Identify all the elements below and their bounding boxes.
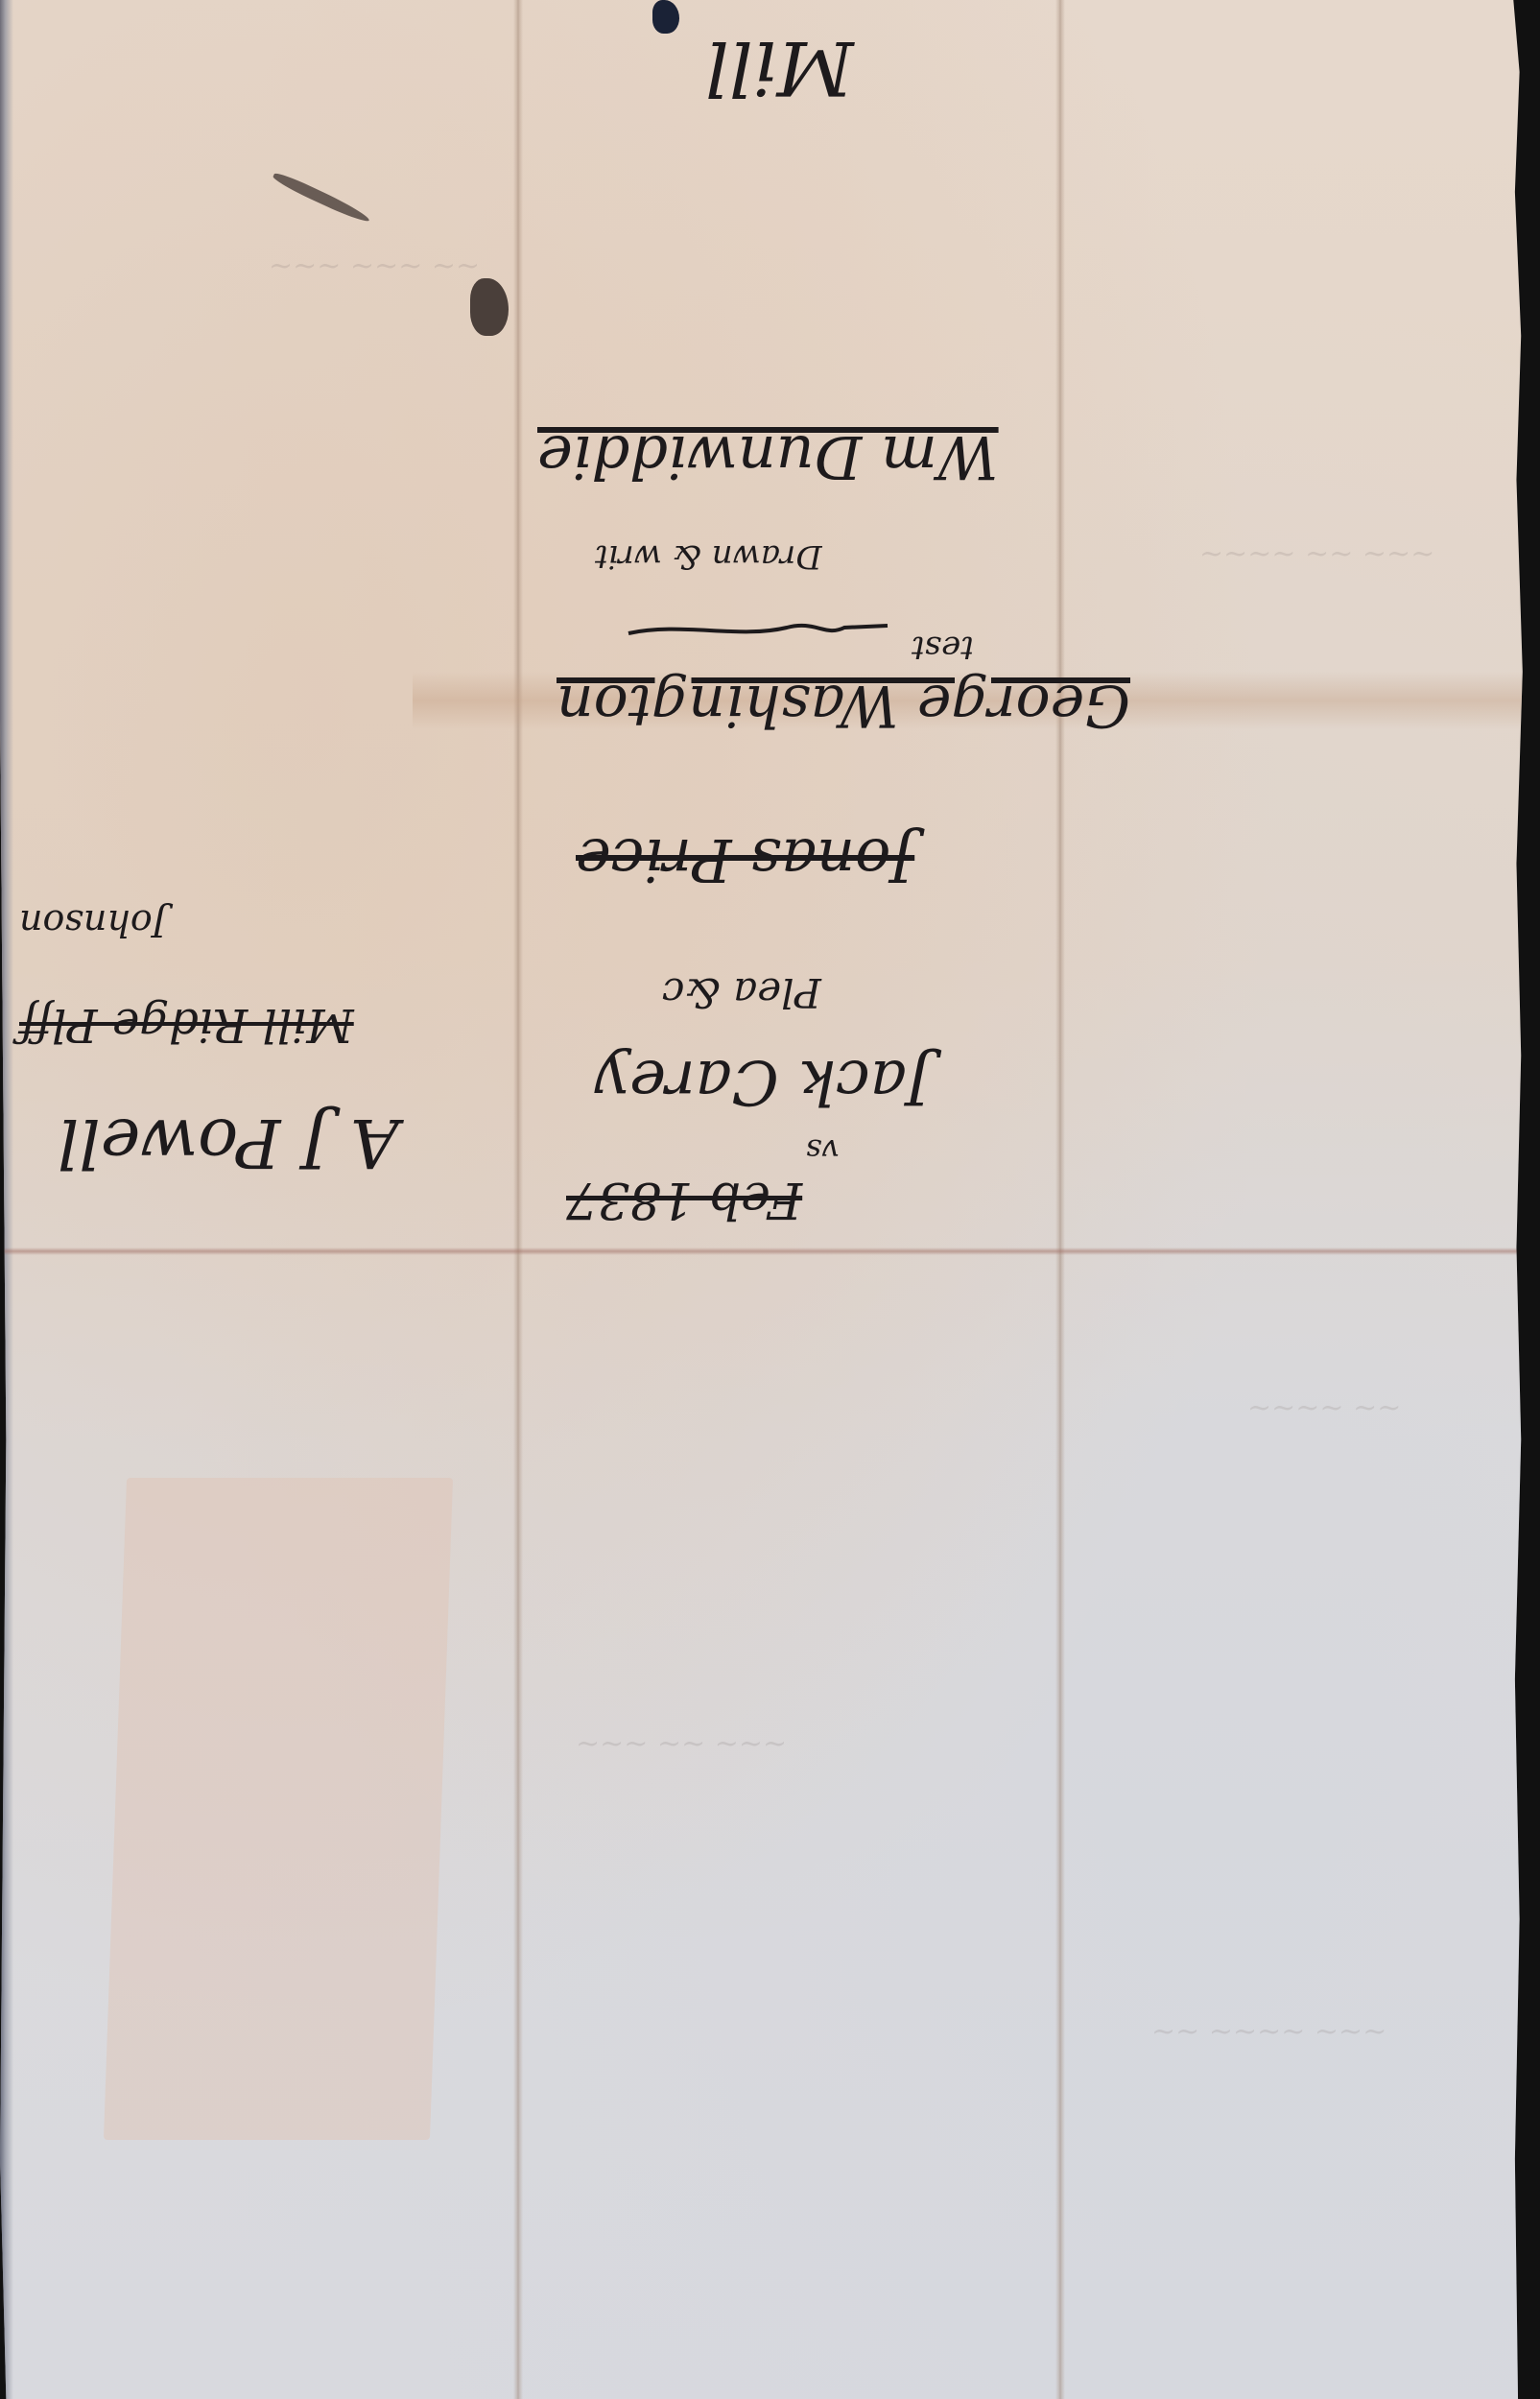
versus-label: vs [806, 1132, 840, 1169]
bleed-through-text: ~~~ ~~~~ ~~ [1151, 2015, 1386, 2049]
horizontal-fold [0, 1247, 1526, 1255]
bleed-through-text: ~~ ~~~~ [1247, 1391, 1401, 1425]
ink-blotch-top [652, 0, 679, 34]
plaintiff-name: Jack Carey [595, 1046, 932, 1117]
left-panel-name: A J Powell [58, 1104, 399, 1182]
paper-sheet: ~~ ~~~ ~~~ ~~~ ~~ ~~~~ ~~ ~~~~ ~~~ ~~ ~~… [0, 0, 1526, 2399]
paper-edge-shadow [0, 0, 13, 2399]
tape-residue-stain [104, 1478, 453, 2140]
flourish-line [624, 614, 892, 643]
ink-blotch [470, 278, 509, 336]
top-mark: Mill [705, 24, 854, 110]
bleed-through-text: ~~ ~~~ ~~~ [269, 249, 480, 283]
signature: Wm Dunwiddie [537, 422, 999, 492]
bleed-through-text: ~~~ ~~ ~~~ [576, 1727, 787, 1761]
attorney-note: test [912, 629, 974, 667]
attorney-name: George Washington [557, 672, 1130, 739]
writ-line: Drawn & writ [595, 537, 822, 576]
plea-line: Plea &c [662, 969, 821, 1016]
date-line: Feb 1837 [566, 1171, 802, 1228]
vertical-fold-left [513, 0, 523, 2399]
bleed-through-text: ~~~ ~~ ~~~~ [1199, 537, 1434, 571]
vertical-fold-right [1055, 0, 1065, 2399]
left-panel-line3: Johnson [19, 902, 167, 944]
left-panel-line2: Mill Ridge Plff [19, 998, 354, 1052]
ink-smudge [272, 170, 372, 225]
defendant-name: Jonas Price [576, 825, 914, 895]
